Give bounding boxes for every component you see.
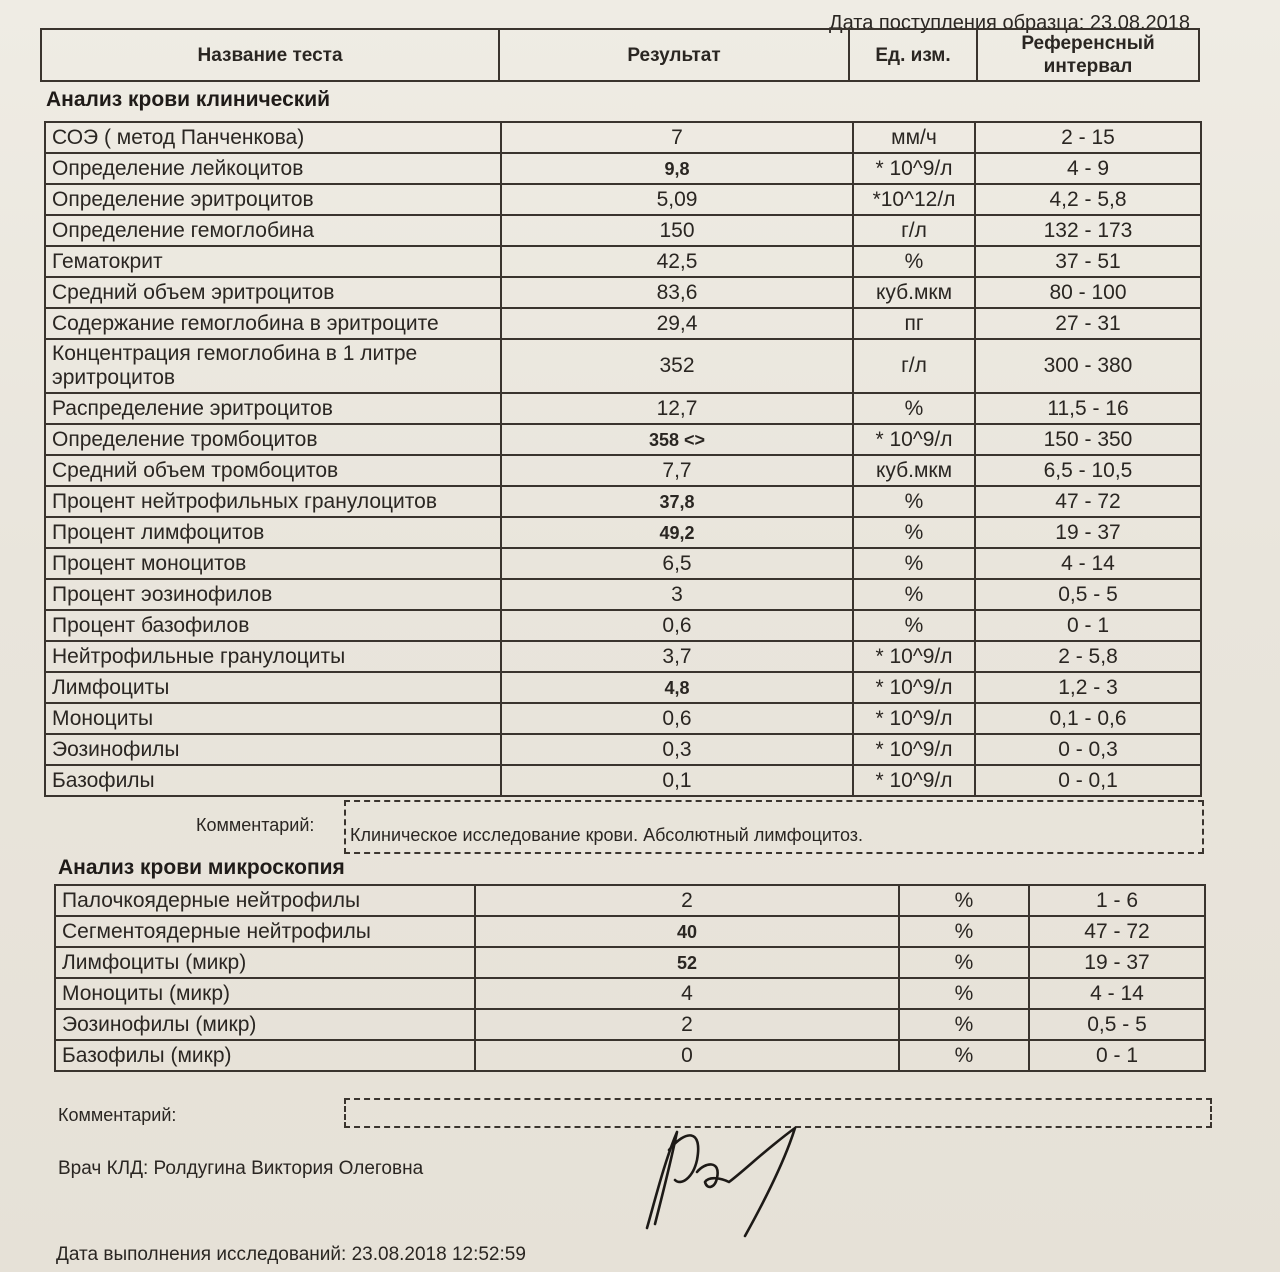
unit-cell: % bbox=[899, 916, 1029, 947]
clinical-result-row: Средний объем эритроцитов83,6куб.мкм80 -… bbox=[45, 277, 1201, 308]
clinical-result-row: Лимфоциты4,8* 10^9/л1,2 - 3 bbox=[45, 672, 1201, 703]
unit-cell: * 10^9/л bbox=[853, 641, 975, 672]
microscopy-result-row: Базофилы (микр)0%0 - 1 bbox=[55, 1040, 1205, 1071]
test-name-cell: Средний объем эритроцитов bbox=[45, 277, 501, 308]
reference-range-cell: 0,5 - 5 bbox=[1029, 1009, 1205, 1040]
result-cell: 2 bbox=[475, 1009, 899, 1040]
clinical-result-row: Процент базофилов0,6%0 - 1 bbox=[45, 610, 1201, 641]
reference-range-cell: 80 - 100 bbox=[975, 277, 1201, 308]
clinical-result-row: Определение гемоглобина150г/л132 - 173 bbox=[45, 215, 1201, 246]
unit-cell: *10^12/л bbox=[853, 184, 975, 215]
unit-cell: г/л bbox=[853, 339, 975, 393]
clinical-result-row: СОЭ ( метод Панченкова)7мм/ч2 - 15 bbox=[45, 122, 1201, 153]
clinical-result-row: Моноциты0,6* 10^9/л0,1 - 0,6 bbox=[45, 703, 1201, 734]
result-cell: 49,2 bbox=[501, 517, 853, 548]
test-name-cell: Определение тромбоцитов bbox=[45, 424, 501, 455]
result-cell: 6,5 bbox=[501, 548, 853, 579]
reference-range-cell: 0 - 1 bbox=[1029, 1040, 1205, 1071]
reference-range-cell: 150 - 350 bbox=[975, 424, 1201, 455]
test-name-cell: Базофилы (микр) bbox=[55, 1040, 475, 1071]
clinical-comment-text: Клиническое исследование крови. Абсолютн… bbox=[350, 825, 863, 845]
reference-range-cell: 0 - 0,3 bbox=[975, 734, 1201, 765]
test-name-cell: Эозинофилы (микр) bbox=[55, 1009, 475, 1040]
result-cell: 40 bbox=[475, 916, 899, 947]
reference-header-text: Референсный интервал bbox=[1008, 32, 1168, 78]
column-header-unit: Ед. изм. bbox=[849, 29, 977, 81]
reference-range-cell: 6,5 - 10,5 bbox=[975, 455, 1201, 486]
result-cell: 12,7 bbox=[501, 393, 853, 424]
clinical-comment-box: Клиническое исследование крови. Абсолютн… bbox=[344, 800, 1204, 854]
microscopy-result-row: Сегментоядерные нейтрофилы40%47 - 72 bbox=[55, 916, 1205, 947]
test-name-cell: СОЭ ( метод Панченкова) bbox=[45, 122, 501, 153]
result-cell: 42,5 bbox=[501, 246, 853, 277]
clinical-result-row: Процент нейтрофильных гранулоцитов37,8%4… bbox=[45, 486, 1201, 517]
test-name-cell: Средний объем тромбоцитов bbox=[45, 455, 501, 486]
result-cell: 0,6 bbox=[501, 610, 853, 641]
reference-range-cell: 300 - 380 bbox=[975, 339, 1201, 393]
unit-cell: % bbox=[899, 1009, 1029, 1040]
clinical-result-row: Базофилы0,1* 10^9/л0 - 0,1 bbox=[45, 765, 1201, 796]
test-name-cell: Определение эритроцитов bbox=[45, 184, 501, 215]
result-cell: 7 bbox=[501, 122, 853, 153]
clinical-result-row: Концентрация гемоглобина в 1 литре эритр… bbox=[45, 339, 1201, 393]
test-name-cell: Сегментоядерные нейтрофилы bbox=[55, 916, 475, 947]
result-cell: 4 bbox=[475, 978, 899, 1009]
lab-report-page: Дата поступления образца: 23.08.2018 Наз… bbox=[0, 0, 1280, 1272]
clinical-result-row: Определение тромбоцитов358 <>* 10^9/л150… bbox=[45, 424, 1201, 455]
unit-cell: % bbox=[853, 548, 975, 579]
test-name-cell: Содержание гемоглобина в эритроците bbox=[45, 308, 501, 339]
unit-cell: г/л bbox=[853, 215, 975, 246]
unit-cell: % bbox=[853, 486, 975, 517]
clinical-result-row: Средний объем тромбоцитов7,7куб.мкм6,5 -… bbox=[45, 455, 1201, 486]
reference-range-cell: 4 - 14 bbox=[1029, 978, 1205, 1009]
unit-cell: пг bbox=[853, 308, 975, 339]
clinical-result-row: Процент моноцитов6,5%4 - 14 bbox=[45, 548, 1201, 579]
unit-cell: * 10^9/л bbox=[853, 765, 975, 796]
clinical-comment-label: Комментарий: bbox=[196, 815, 314, 836]
result-cell: 358 <> bbox=[501, 424, 853, 455]
clinical-result-row: Процент эозинофилов3%0,5 - 5 bbox=[45, 579, 1201, 610]
test-name-cell: Палочкоядерные нейтрофилы bbox=[55, 885, 475, 916]
microscopy-comment-label: Комментарий: bbox=[58, 1105, 176, 1126]
test-name-cell: Лимфоциты bbox=[45, 672, 501, 703]
reference-range-cell: 2 - 15 bbox=[975, 122, 1201, 153]
reference-range-cell: 0,1 - 0,6 bbox=[975, 703, 1201, 734]
unit-cell: % bbox=[853, 610, 975, 641]
result-cell: 37,8 bbox=[501, 486, 853, 517]
reference-range-cell: 11,5 - 16 bbox=[975, 393, 1201, 424]
result-cell: 29,4 bbox=[501, 308, 853, 339]
unit-cell: % bbox=[853, 517, 975, 548]
result-cell: 83,6 bbox=[501, 277, 853, 308]
result-cell: 3,7 bbox=[501, 641, 853, 672]
result-cell: 150 bbox=[501, 215, 853, 246]
unit-cell: % bbox=[853, 246, 975, 277]
reference-range-cell: 132 - 173 bbox=[975, 215, 1201, 246]
result-cell: 7,7 bbox=[501, 455, 853, 486]
unit-cell: % bbox=[899, 947, 1029, 978]
clinical-result-row: Процент лимфоцитов49,2%19 - 37 bbox=[45, 517, 1201, 548]
unit-cell: куб.мкм bbox=[853, 455, 975, 486]
test-name-cell: Концентрация гемоглобина в 1 литре эритр… bbox=[45, 339, 501, 393]
column-header-reference: Референсный интервал bbox=[977, 29, 1199, 81]
column-header-test-name: Название теста bbox=[41, 29, 499, 81]
microscopy-results-table: Палочкоядерные нейтрофилы2%1 - 6Сегменто… bbox=[54, 884, 1206, 1072]
test-name-cell: Лимфоциты (микр) bbox=[55, 947, 475, 978]
reference-range-cell: 0,5 - 5 bbox=[975, 579, 1201, 610]
microscopy-result-row: Лимфоциты (микр)52%19 - 37 bbox=[55, 947, 1205, 978]
clinical-result-row: Определение лейкоцитов9,8* 10^9/л4 - 9 bbox=[45, 153, 1201, 184]
clinical-result-row: Эозинофилы0,3* 10^9/л0 - 0,3 bbox=[45, 734, 1201, 765]
unit-cell: % bbox=[853, 393, 975, 424]
reference-range-cell: 19 - 37 bbox=[975, 517, 1201, 548]
test-name-cell: Гематокрит bbox=[45, 246, 501, 277]
microscopy-result-row: Моноциты (микр)4%4 - 14 bbox=[55, 978, 1205, 1009]
unit-cell: % bbox=[899, 885, 1029, 916]
test-name-cell: Процент эозинофилов bbox=[45, 579, 501, 610]
clinical-result-row: Гематокрит42,5%37 - 51 bbox=[45, 246, 1201, 277]
doctor-name: Врач КЛД: Ролдугина Виктория Олеговна bbox=[58, 1158, 423, 1180]
result-cell: 3 bbox=[501, 579, 853, 610]
reference-range-cell: 27 - 31 bbox=[975, 308, 1201, 339]
reference-range-cell: 19 - 37 bbox=[1029, 947, 1205, 978]
unit-cell: * 10^9/л bbox=[853, 153, 975, 184]
clinical-results-table: СОЭ ( метод Панченкова)7мм/ч2 - 15Опреде… bbox=[44, 121, 1202, 797]
test-name-cell: Моноциты (микр) bbox=[55, 978, 475, 1009]
clinical-result-row: Определение эритроцитов5,09*10^12/л4,2 -… bbox=[45, 184, 1201, 215]
unit-cell: * 10^9/л bbox=[853, 703, 975, 734]
test-name-cell: Эозинофилы bbox=[45, 734, 501, 765]
test-name-cell: Процент базофилов bbox=[45, 610, 501, 641]
test-name-cell: Процент моноцитов bbox=[45, 548, 501, 579]
result-cell: 52 bbox=[475, 947, 899, 978]
reference-range-cell: 47 - 72 bbox=[975, 486, 1201, 517]
result-cell: 0,3 bbox=[501, 734, 853, 765]
reference-range-cell: 47 - 72 bbox=[1029, 916, 1205, 947]
test-name-cell: Нейтрофильные гранулоциты bbox=[45, 641, 501, 672]
reference-range-cell: 4 - 9 bbox=[975, 153, 1201, 184]
reference-range-cell: 4 - 14 bbox=[975, 548, 1201, 579]
unit-cell: * 10^9/л bbox=[853, 424, 975, 455]
clinical-result-row: Нейтрофильные гранулоциты3,7* 10^9/л2 - … bbox=[45, 641, 1201, 672]
result-cell: 4,8 bbox=[501, 672, 853, 703]
unit-cell: % bbox=[899, 978, 1029, 1009]
test-name-cell: Базофилы bbox=[45, 765, 501, 796]
unit-cell: % bbox=[853, 579, 975, 610]
reference-range-cell: 0 - 1 bbox=[975, 610, 1201, 641]
column-header-result: Результат bbox=[499, 29, 849, 81]
result-cell: 2 bbox=[475, 885, 899, 916]
microscopy-result-row: Палочкоядерные нейтрофилы2%1 - 6 bbox=[55, 885, 1205, 916]
unit-cell: * 10^9/л bbox=[853, 734, 975, 765]
reference-range-cell: 1,2 - 3 bbox=[975, 672, 1201, 703]
unit-cell: мм/ч bbox=[853, 122, 975, 153]
report-header-table: Название теста Результат Ед. изм. Рефере… bbox=[40, 28, 1200, 82]
result-cell: 352 bbox=[501, 339, 853, 393]
result-cell: 0,1 bbox=[501, 765, 853, 796]
clinical-result-row: Содержание гемоглобина в эритроците29,4п… bbox=[45, 308, 1201, 339]
test-name-cell: Процент нейтрофильных гранулоцитов bbox=[45, 486, 501, 517]
reference-range-cell: 1 - 6 bbox=[1029, 885, 1205, 916]
reference-range-cell: 4,2 - 5,8 bbox=[975, 184, 1201, 215]
section-title-clinical: Анализ крови клинический bbox=[46, 88, 330, 112]
test-name-cell: Процент лимфоцитов bbox=[45, 517, 501, 548]
result-cell: 5,09 bbox=[501, 184, 853, 215]
test-name-cell: Моноциты bbox=[45, 703, 501, 734]
unit-cell: % bbox=[899, 1040, 1029, 1071]
test-name-cell: Определение лейкоцитов bbox=[45, 153, 501, 184]
unit-cell: * 10^9/л bbox=[853, 672, 975, 703]
reference-range-cell: 0 - 0,1 bbox=[975, 765, 1201, 796]
result-cell: 0,6 bbox=[501, 703, 853, 734]
section-title-microscopy: Анализ крови микроскопия bbox=[58, 856, 345, 880]
reference-range-cell: 2 - 5,8 bbox=[975, 641, 1201, 672]
clinical-result-row: Распределение эритроцитов12,7%11,5 - 16 bbox=[45, 393, 1201, 424]
signature-icon bbox=[625, 1120, 825, 1240]
result-cell: 9,8 bbox=[501, 153, 853, 184]
test-name-cell: Определение гемоглобина bbox=[45, 215, 501, 246]
reference-range-cell: 37 - 51 bbox=[975, 246, 1201, 277]
microscopy-result-row: Эозинофилы (микр)2%0,5 - 5 bbox=[55, 1009, 1205, 1040]
test-name-cell: Распределение эритроцитов bbox=[45, 393, 501, 424]
unit-cell: куб.мкм bbox=[853, 277, 975, 308]
completion-date: Дата выполнения исследований: 23.08.2018… bbox=[56, 1244, 526, 1266]
result-cell: 0 bbox=[475, 1040, 899, 1071]
